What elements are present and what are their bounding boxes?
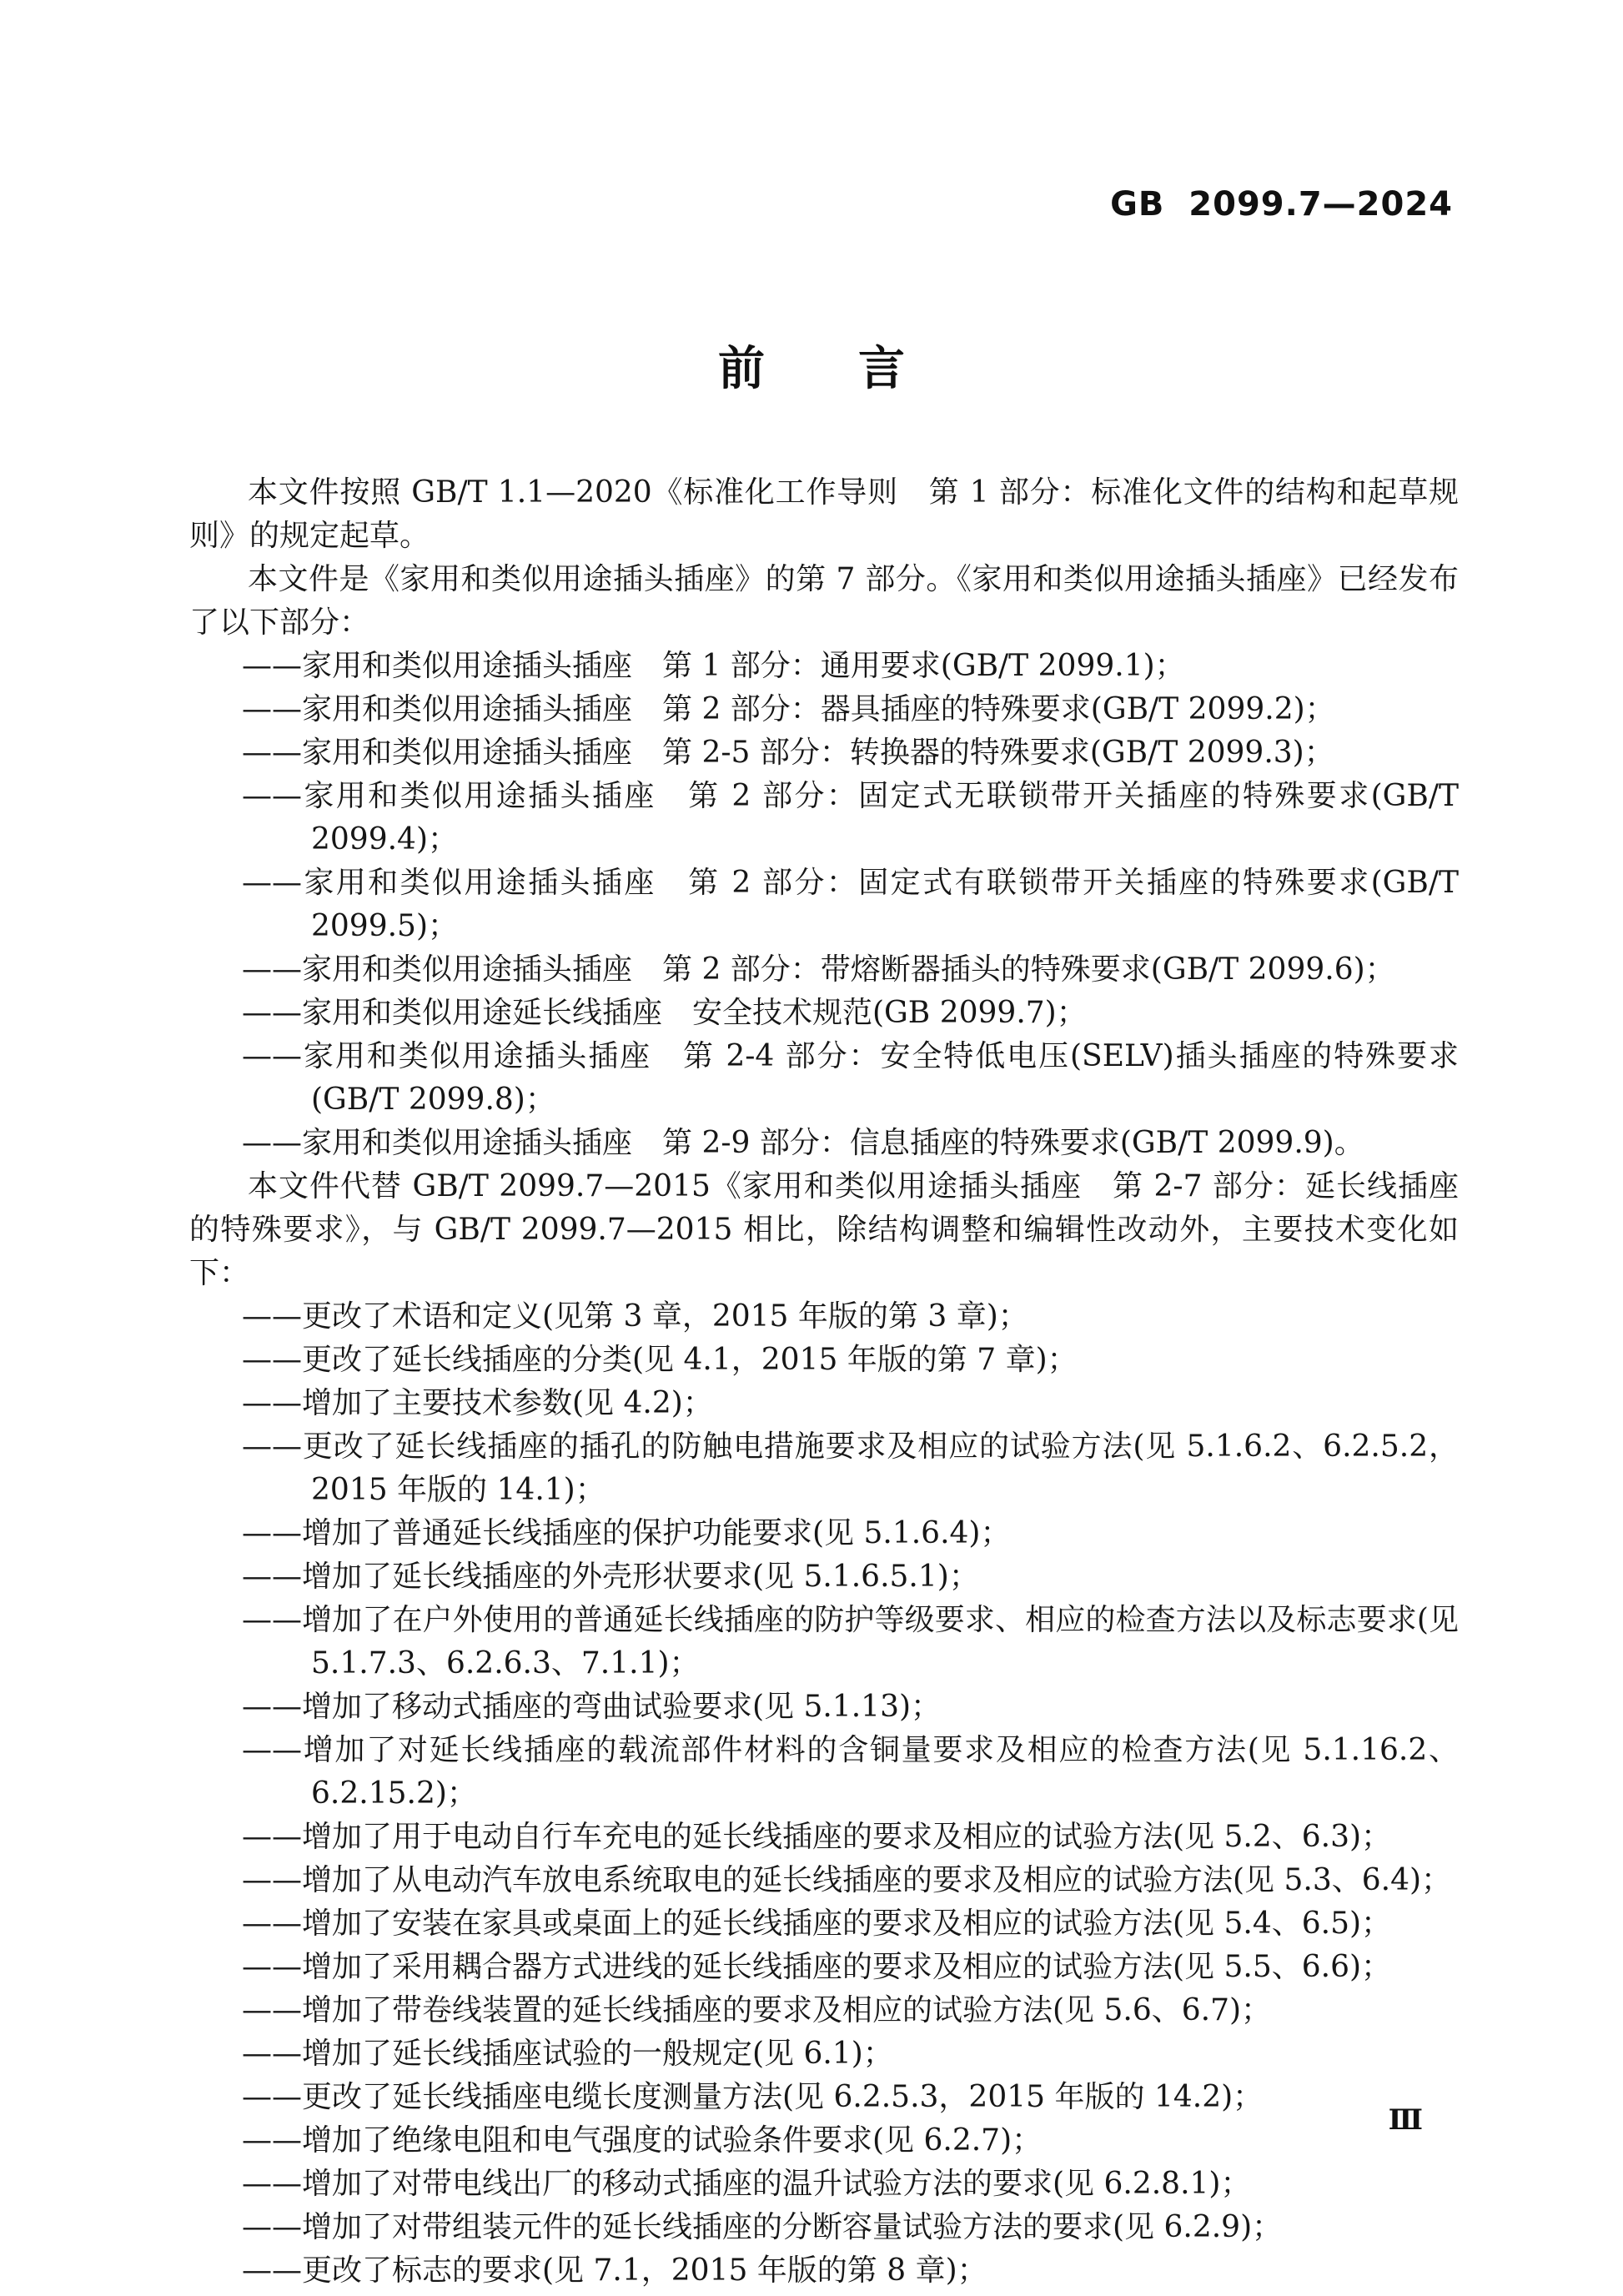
list-item: ——增加了移动式插座的弯曲试验要求(见 5.1.13)； [189,1686,1459,1729]
list-item: ——增加了对延长线插座的载流部件材料的含铜量要求及相应的检查方法(见 5.1.1… [189,1729,1459,1816]
foreword-content: 本文件按照 GB/T 1.1—2020《标准化工作导则 第 1 部分：标准化文件… [189,471,1459,2293]
list-item: ——更改了延长线插座电缆长度测量方法(见 6.2.5.3，2015 年版的 14… [189,2076,1459,2119]
list-item: ——增加了带卷线装置的延长线插座的要求及相应的试验方法(见 5.6、6.7)； [189,1989,1459,2032]
list-item: ——增加了在户外使用的普通延长线插座的防护等级要求、相应的检查方法以及标志要求(… [189,1599,1459,1686]
list-item: ——增加了绝缘电阻和电气强度的试验条件要求(见 6.2.7)； [189,2119,1459,2163]
paragraph-series-intro: 本文件是《家用和类似用途插头插座》的第 7 部分。《家用和类似用途插头插座》已经… [189,558,1459,645]
list-item: ——增加了主要技术参数(见 4.2)； [189,1382,1459,1425]
page-title-foreword: 前 言 [0,332,1623,399]
list-item: ——增加了从电动汽车放电系统取电的延长线插座的要求及相应的试验方法(见 5.3、… [189,1859,1459,1902]
list-item: ——增加了对带电线出厂的移动式插座的温升试验方法的要求(见 6.2.8.1)； [189,2163,1459,2206]
technical-changes-list: ——更改了术语和定义(见第 3 章，2015 年版的第 3 章)；——更改了延长… [189,1295,1459,2293]
list-item: ——增加了采用耦合器方式进线的延长线插座的要求及相应的试验方法(见 5.5、6.… [189,1946,1459,1989]
list-item: ——增加了延长线插座试验的一般规定(见 6.1)； [189,2032,1459,2076]
list-item: ——家用和类似用途插头插座 第 2 部分：固定式有联锁带开关插座的特殊要求(GB… [189,862,1459,948]
list-item: ——家用和类似用途延长线插座 安全技术规范(GB 2099.7)； [189,992,1459,1035]
page-number: Ⅲ [1389,2103,1423,2137]
list-item: ——更改了术语和定义(见第 3 章，2015 年版的第 3 章)； [189,1295,1459,1339]
standard-number-header: GB 2099.7—2024 [1110,185,1453,224]
list-item: ——增加了延长线插座的外壳形状要求(见 5.1.6.5.1)； [189,1555,1459,1599]
list-item: ——家用和类似用途插头插座 第 1 部分：通用要求(GB/T 2099.1)； [189,645,1459,688]
list-item: ——更改了标志的要求(见 7.1，2015 年版的第 8 章)； [189,2249,1459,2293]
published-parts-list: ——家用和类似用途插头插座 第 1 部分：通用要求(GB/T 2099.1)；—… [189,645,1459,1165]
list-item: ——增加了普通延长线插座的保护功能要求(见 5.1.6.4)； [189,1512,1459,1555]
list-item: ——家用和类似用途插头插座 第 2 部分：器具插座的特殊要求(GB/T 2099… [189,688,1459,731]
list-item: ——家用和类似用途插头插座 第 2-4 部分：安全特低电压(SELV)插头插座的… [189,1035,1459,1122]
paragraph-replacement-notice: 本文件代替 GB/T 2099.7—2015《家用和类似用途插头插座 第 2-7… [189,1165,1459,1295]
document-page: GB 2099.7—2024 前 言 本文件按照 GB/T 1.1—2020《标… [0,0,1623,2296]
list-item: ——更改了延长线插座的分类(见 4.1，2015 年版的第 7 章)； [189,1339,1459,1382]
paragraph-drafting-rules: 本文件按照 GB/T 1.1—2020《标准化工作导则 第 1 部分：标准化文件… [189,471,1459,558]
list-item: ——家用和类似用途插头插座 第 2 部分：带熔断器插头的特殊要求(GB/T 20… [189,948,1459,992]
list-item: ——家用和类似用途插头插座 第 2-9 部分：信息插座的特殊要求(GB/T 20… [189,1122,1459,1165]
list-item: ——增加了对带组装元件的延长线插座的分断容量试验方法的要求(见 6.2.9)； [189,2206,1459,2249]
list-item: ——增加了安装在家具或桌面上的延长线插座的要求及相应的试验方法(见 5.4、6.… [189,1902,1459,1946]
list-item: ——家用和类似用途插头插座 第 2 部分：固定式无联锁带开关插座的特殊要求(GB… [189,775,1459,862]
list-item: ——增加了用于电动自行车充电的延长线插座的要求及相应的试验方法(见 5.2、6.… [189,1816,1459,1859]
list-item: ——家用和类似用途插头插座 第 2-5 部分：转换器的特殊要求(GB/T 209… [189,731,1459,775]
list-item: ——更改了延长线插座的插孔的防触电措施要求及相应的试验方法(见 5.1.6.2、… [189,1425,1459,1512]
